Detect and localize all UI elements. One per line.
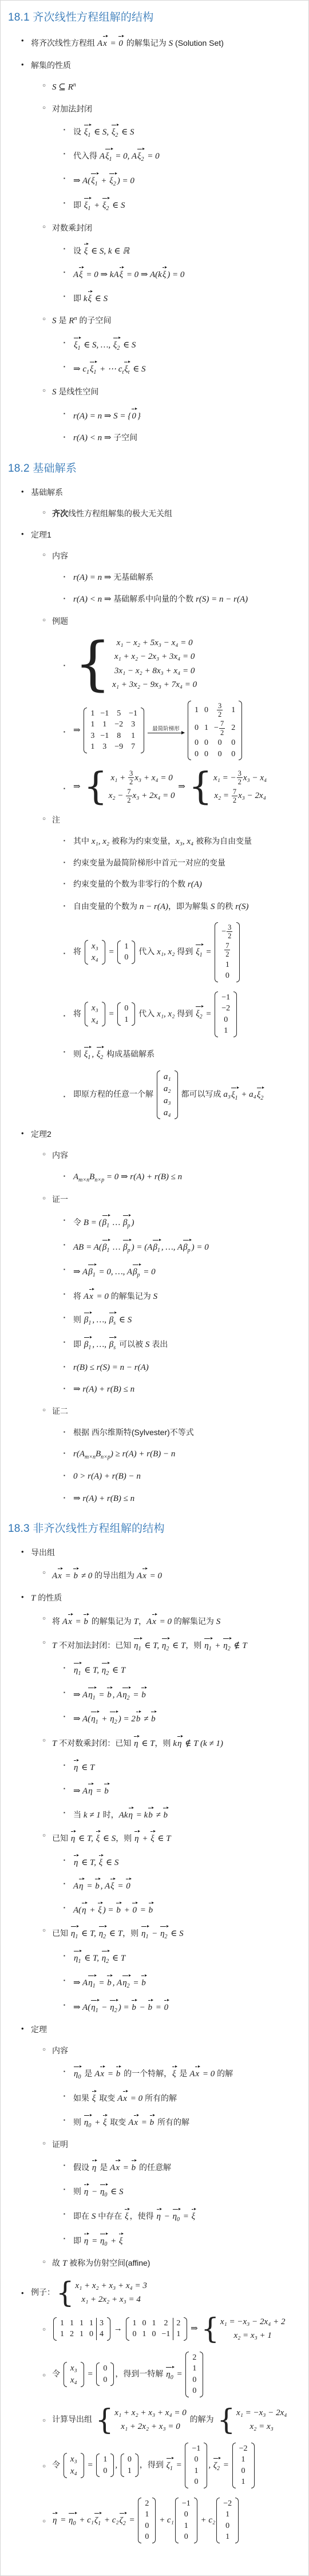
bullet-icon: ▪ (64, 860, 73, 865)
math-run: + (88, 1906, 98, 1915)
left-paren-icon (96, 2362, 100, 2386)
math-run: + c₁ (157, 2516, 174, 2525)
vector: ξ (78, 267, 84, 282)
item-content: 故 T 被称为仿射空间(affine) (52, 2257, 306, 2270)
vector: b (150, 1711, 157, 1726)
math-run: 0 > r(A) + r(B) − n (73, 1472, 141, 1481)
list-item: ○故 T 被称为仿射空间(affine) (42, 2257, 306, 2270)
text-run: 已知 (52, 1929, 70, 1938)
list-item: ▪则 β1, …, βs ∈ S (64, 1312, 306, 1327)
matrix: 10122010−11 (126, 2317, 188, 2341)
math-run: ∈ T (79, 1763, 94, 1772)
vector-subscript: 1 (106, 1223, 109, 1229)
fraction: 32 (237, 769, 243, 787)
math-run: n − r(A) (140, 902, 168, 911)
vector-subscript: 2 (114, 1719, 117, 1725)
matrix-cell: 0 (201, 701, 211, 720)
left-brace-icon: { (201, 2316, 219, 2341)
vector: η0 (73, 2066, 82, 2081)
matrix-cell: a₄ (161, 1107, 174, 1119)
matrix-row: 1 (220, 2509, 235, 2520)
item-content: 导出组 (31, 1547, 306, 1559)
denominator: 2 (128, 778, 134, 786)
vector-symbol: ξ (192, 2212, 195, 2221)
math-run: ) (131, 1218, 134, 1227)
vector: ξ (162, 267, 167, 282)
matrix-cell: 0 (236, 2466, 251, 2477)
math-run: S (52, 317, 57, 326)
vector-symbol: η (157, 2212, 161, 2221)
list-item: •基础解系 (21, 487, 306, 499)
text-run: 将 (52, 1617, 62, 1626)
item-content: 则 ξ1, ξ2 构成基础解系 (73, 1046, 306, 1062)
item-content: Am×nBn×p = 0 ⇒ r(A) + r(B) ≤ n (73, 1171, 306, 1184)
matrix-body: x₃x₄ (68, 2453, 80, 2478)
vector: b (94, 1878, 101, 1893)
text-run: 将 (73, 947, 84, 956)
vector-subscript: 1 (157, 1247, 160, 1254)
math-run: x₄ (70, 2467, 77, 2476)
math-run: ∈ S, …, (81, 341, 112, 350)
bullet-icon: ▪ (64, 1786, 73, 1791)
vector: η (133, 1736, 139, 1751)
vector-subscript: 0 (78, 2074, 81, 2080)
bullet-icon: • (21, 36, 31, 45)
bullet-icon: ▪ (64, 1451, 73, 1456)
text-run: 令 (52, 2369, 62, 2379)
text-run: 取变 (108, 2117, 128, 2127)
math-run: = (58, 2516, 68, 2525)
item-content: 定理 (31, 2024, 306, 2036)
bullet-icon: ○ (42, 2140, 52, 2147)
matrix-cell: −1 (179, 2498, 193, 2510)
list-item: •定理 (21, 2024, 306, 2036)
left-paren-icon (216, 2498, 220, 2543)
bullet-icon: • (21, 2289, 31, 2297)
math-run: = 0 (157, 1617, 172, 1626)
left-paren-icon (64, 2453, 67, 2478)
matrix-cell: −2 (236, 2443, 251, 2455)
item-content: S ⊆ Rn (52, 81, 306, 94)
bullet-icon: ▪ (64, 663, 73, 668)
math-run: ∉ T (k ≠ 1) (183, 1739, 223, 1748)
item-content: r(B) ≤ r(S) = n − r(A) (73, 1361, 306, 1374)
vector-symbol: b (141, 1978, 146, 1988)
matrix-cell: 1 (220, 2509, 235, 2520)
item-content: 基础解系 (31, 487, 306, 499)
bullet-icon: ○ (42, 2417, 52, 2424)
denominator: 2 (232, 796, 237, 804)
bullet-icon: ▪ (64, 176, 73, 181)
bullet-icon: ▪ (64, 1810, 73, 1815)
math-run: x₄ (92, 1016, 98, 1025)
list-item: ▪r(A) = n ⇒ 无基础解系 (64, 571, 306, 584)
list-item: ▪A(η + ξ) = b + 0 = b (64, 1902, 306, 1917)
math-run: , A (101, 1882, 110, 1891)
bullet-icon: ○ (42, 1737, 52, 1744)
text-run: 被称为仿射空间(affine) (67, 2258, 150, 2267)
text-run: 将齐次线性方程组 (31, 38, 97, 48)
item-content: ⇒ {x₁ + 32x₃ + x₄ = 0x₂ − 72x₃ + 2x₄ = 0… (73, 769, 306, 805)
item-content: 即 kξ ∈ S (73, 291, 306, 306)
matrix-cell: x₄ (68, 2466, 80, 2478)
matrix-cell: 0 (192, 737, 201, 749)
math-run: ∈ T (156, 1834, 171, 1843)
math-run: = 0 (128, 2094, 142, 2103)
matrix-cell: −2 (219, 1003, 233, 1014)
vector: η0 (172, 2208, 181, 2224)
matrix-row: 10122 (130, 2318, 184, 2329)
vector: η1 (73, 1950, 82, 1966)
vector: ξ2 (113, 337, 121, 353)
matrix-row: 0000 (192, 749, 238, 760)
list-item: ▪自由变量的个数为 n − r(A)，即为解集 S 的秩 r(S) (64, 900, 306, 914)
right-paren-icon (152, 2498, 156, 2543)
matrix-cell: 0 (86, 2329, 97, 2340)
vector-symbol: ξ (125, 2212, 128, 2221)
matrix-row: x₃ (68, 2362, 80, 2374)
list-item: ○令 x₃x₄ = 00，得到一特解 η0 = 2100 (42, 2352, 306, 2397)
vector-subscript: 2 (117, 345, 120, 351)
math-run: a₃ (164, 1096, 171, 1105)
vector-symbol: η (92, 2163, 96, 2172)
math-run: a₁ (164, 1072, 171, 1081)
matrix-row: 1 (219, 959, 236, 971)
vector-subscript: 1 (93, 1694, 96, 1701)
list-item: ○内容 (42, 550, 306, 562)
vector-symbol: 0 (118, 39, 123, 48)
item-content: {x₁ − x₂ + 5x₃ − x₄ = 0x₁ + x₂ − 2x₃ + 3… (73, 637, 306, 692)
vector: ξ2 (195, 1006, 203, 1021)
list-item: ▪η0 是 Ax = b 的一个特解，ξ 是 Ax = 0 的解 (64, 2066, 306, 2081)
list-item: ○例题 (42, 615, 306, 627)
section-heading: 18.2 基础解系 (8, 460, 306, 475)
vector-subscript: 1 (145, 1934, 148, 1940)
math-run: ∈ S (108, 2187, 123, 2196)
matrix-cell: 0 (189, 2374, 199, 2386)
vector-subscript: 1 (88, 132, 90, 138)
math-run: x₁ = −x₃ − 2x₄ + 2 (220, 2316, 286, 2329)
vector: ξt (124, 361, 130, 377)
math-run: + ⋯ c (97, 365, 122, 374)
math-run: ⇒ (188, 2324, 200, 2333)
matrix-cell: 7 (126, 741, 140, 753)
item-content: 内容 (52, 2045, 306, 2057)
vector: x (57, 1568, 63, 1583)
vector: ζ1 (94, 2512, 102, 2528)
bullet-icon: ▪ (64, 1953, 73, 1958)
text-run: 可以被 (117, 1340, 145, 1349)
vector-symbol: x (89, 1292, 93, 1301)
vector: b (148, 2000, 154, 2014)
matrix-cell: −32 (219, 923, 236, 941)
vector: b (148, 1807, 154, 1822)
matrix-row: 1 (236, 2476, 251, 2488)
left-paren-icon (117, 1002, 121, 1026)
text-run: 则 (73, 1315, 84, 1324)
matrix-cell: 0 (179, 2531, 193, 2543)
text-run: 代入得 (73, 151, 100, 160)
math-run: ⇒ A( (73, 176, 90, 185)
math-run: ) = 2 (118, 1714, 136, 1724)
math-run: = (85, 2370, 96, 2379)
math-run: = (105, 2069, 116, 2079)
vector-symbol: ξ (103, 2118, 106, 2127)
math-run: + (100, 1714, 110, 1724)
vector-symbol: η (134, 1739, 138, 1748)
math-run: ⇒ A( (73, 2003, 90, 2012)
vector: η2 (161, 1638, 170, 1653)
math-run: S ⊆ R (52, 82, 73, 92)
math-run: A (128, 2118, 133, 2127)
matrix-body: 10 (100, 2454, 110, 2476)
vector-symbol: β (133, 1267, 137, 1277)
text-run: 即原方程的任意一个解 (73, 1090, 156, 1099)
item-content: 则 η − η0 ∈ S (73, 2184, 306, 2199)
system-row: x₂ = x₃ (250, 2420, 274, 2433)
vector-subscript: 2 (106, 1670, 109, 1677)
vector-symbol: 0 (126, 1882, 130, 1891)
vector: η1 (70, 1926, 79, 1941)
item-content: 对数乘封闭 (52, 222, 306, 234)
text-run: 注 (52, 815, 60, 824)
list-item: ▪即 β1, …, βs 可以被 S 表出 (64, 1337, 306, 1352)
vector: η2 (160, 1926, 168, 1941)
item-content: T 不对数乘封闭：已知 η ∈ T，则 kη ∉ T (k ≠ 1) (52, 1736, 306, 1751)
text-run: ，使得 (130, 2211, 156, 2221)
bullet-icon: ▪ (64, 1881, 73, 1886)
math-run: = (85, 2461, 96, 2470)
item-content: Aξ = 0 ⇒ kAξ = 0 ⇒ A(kξ) = 0 (73, 267, 306, 282)
vector: ξ2 (256, 1087, 264, 1103)
bullet-icon: ▪ (64, 574, 73, 579)
item-content: 将 x₃x₄ = 01 代入 x₁, x₂ 得到 ξ2 = −1−201 (73, 991, 306, 1037)
vector: b (116, 2066, 122, 2081)
system-rows: x₁ + 32x₃ + x₄ = 0x₂ − 72x₃ + 2x₄ = 0 (109, 769, 175, 805)
item-content: r(A) < n ⇒ 基础解系中向量的个数 r(S) = n − r(A) (73, 593, 306, 606)
matrix-cell: −1 (97, 730, 112, 742)
math-run: = (204, 947, 214, 957)
list-item: ▪即在 S 中存在 ξ，使得 η − η0 = ξ (64, 2208, 306, 2224)
matrix-cell: 0 (189, 2385, 199, 2397)
matrix-cell: 3 (97, 2318, 107, 2329)
math-run: = (63, 1571, 73, 1581)
text-run: 的子空间 (77, 316, 111, 325)
math-run: S (153, 1292, 158, 1301)
math-run: ∈ T, (82, 1954, 101, 1963)
math-run: a₃ (223, 1091, 231, 1100)
vector-symbol: b (149, 1906, 153, 1915)
math-run: A (146, 1617, 152, 1626)
text-run: 证明 (52, 2140, 68, 2149)
bullet-icon: ▪ (64, 294, 73, 299)
item-content: r(A) = n ⇒ 无基础解系 (73, 571, 306, 584)
matrix: 1032101−72200000000 (188, 701, 242, 761)
vector-subscript: 1 (88, 206, 90, 212)
matrix-cell: 0 (100, 2363, 110, 2374)
item-content: r(Am×nBn×p) ≥ r(A) + r(B) − n (73, 1448, 306, 1461)
math-run: A (52, 1571, 57, 1581)
vector: ξ (97, 1902, 102, 1917)
bullet-icon: ▪ (64, 434, 73, 440)
matrix-cell: 1 (77, 2318, 86, 2329)
vector-subscript: p (127, 1223, 130, 1229)
vector-subscript: 1 (78, 1670, 81, 1677)
math-run: A (84, 1292, 89, 1301)
vector: η1 (141, 1926, 149, 1941)
math-run: A (117, 2094, 122, 2103)
text-run: 的解集记为 (109, 1291, 153, 1301)
matrix-cell: 2 (67, 2329, 77, 2340)
vector: ξ (124, 2208, 129, 2223)
vector-subscript: 1 (95, 181, 98, 187)
vector-symbol: η (129, 1811, 133, 1820)
vector: η (84, 2233, 89, 2248)
math-run: A (94, 2069, 100, 2079)
list-item: ▪r(A) = n ⇒ S = {0} (64, 408, 306, 423)
math-run: ∈ T (107, 1929, 122, 1938)
right-paren-icon (110, 2453, 114, 2477)
item-content: ⇒ Aη = b (73, 1783, 306, 1798)
vector-symbol: x (134, 2118, 138, 2127)
list-item: ▪AB = A(β1 … βp) = (Aβ1, …, Aβp) = 0 (64, 1239, 306, 1255)
math-run: x₁ + 2x₂ + x₃ = 4 (81, 2293, 140, 2306)
vector: ξ1 (84, 124, 92, 140)
text-run: 的解集记为 (89, 1617, 134, 1626)
bullet-icon: ▪ (64, 127, 73, 132)
fraction: 32 (217, 702, 223, 719)
text-run: 被称为自由变量 (193, 836, 252, 846)
vector-symbol: η (122, 1690, 126, 1700)
vector-symbol: η (88, 1690, 92, 1700)
math-run: = 0, …, A (97, 1267, 132, 1277)
math-run: } (137, 412, 141, 421)
matrix-row: −2 (219, 1003, 233, 1014)
vector: η (81, 1902, 87, 1917)
vector: η1 (88, 1687, 96, 1702)
matrix: −1010 (175, 2498, 197, 2543)
bullet-icon: ▪ (64, 1763, 73, 1768)
matrix-cell: 0 (228, 749, 238, 760)
item-content: η1 ∈ T, η2 ∈ T (73, 1662, 306, 1678)
bullet-icon: ▪ (64, 786, 73, 791)
text-run: ，即为解集 (168, 902, 211, 911)
matrix-cell: 0 (228, 737, 238, 749)
math-run: = (116, 1882, 126, 1891)
matrix-row: x₃ (89, 1002, 101, 1014)
item-content: ⇒ r(A) + r(B) ≤ n (73, 1492, 306, 1506)
item-content: 例题 (52, 615, 306, 627)
matrix-row: 010−11 (130, 2329, 184, 2340)
math-run: = (139, 2118, 149, 2127)
vector-symbol: η (134, 1834, 138, 1843)
vector-symbol: ξ (120, 270, 123, 279)
math-run: ∈ S (117, 1315, 132, 1325)
vector: x (195, 2066, 200, 2081)
math-run: = (138, 1906, 148, 1915)
item-content: 内容 (52, 550, 306, 562)
vector: ξ (110, 1878, 115, 1893)
matrix-cell: 1 (88, 719, 97, 730)
matrix-cell: −72 (211, 719, 228, 737)
item-content: 解集的性质 (31, 60, 306, 72)
vector: 0 (131, 408, 137, 423)
math-run: k (173, 1739, 177, 1748)
math-run: A( (73, 1906, 81, 1915)
math-run: ⇒ A (73, 1690, 88, 1700)
math-run: = (181, 2212, 191, 2221)
bullet-icon: • (21, 1129, 31, 1137)
list-item: ▪当 k ≠ 1 时，Akη = kb ≠ b (64, 1807, 306, 1822)
item-content: 将 x₃x₄ = 10 代入 x₁, x₂ 得到 ξ1 = −327210 (73, 922, 306, 982)
equation-system: {x₁ = −32x₃ − x₄x₂ = 72x₃ − 2x₄ (189, 769, 267, 805)
list-item: ▪将 x₃x₄ = 10 代入 x₁, x₂ 得到 ξ1 = −327210 (64, 922, 306, 982)
math-run: a₄ (164, 1108, 171, 1117)
bullet-icon: ○ (42, 388, 52, 394)
text-run: 约束变量的个数为非零行的个数 (73, 879, 188, 888)
bullet-icon: ▪ (64, 881, 73, 886)
math-run: ) = (A (132, 1243, 153, 1252)
math-run: x₁ + x₂ + x₃ + x₄ = 3 (75, 2279, 146, 2293)
math-run: A (73, 1882, 78, 1891)
vector: ξ2 (102, 197, 110, 213)
matrix-cell: −1 (97, 708, 112, 720)
bullet-icon: ▪ (64, 340, 73, 345)
matrix-body: −2101 (236, 2443, 251, 2488)
list-item: •定理1 (21, 529, 306, 541)
math-run: … (110, 1243, 122, 1252)
text-run: 则 (73, 2117, 84, 2127)
math-run: , …, (92, 1340, 108, 1349)
bullet-icon: ▪ (64, 246, 73, 251)
vector-symbol: η (91, 2003, 95, 2012)
math-run: A (73, 270, 78, 279)
vector-symbol: η (110, 2003, 114, 2012)
vector: b (106, 1975, 113, 1990)
text-run: 基础解系 (31, 488, 63, 497)
math-run: , (208, 2461, 213, 2470)
matrix-cell: x₃ (89, 1002, 101, 1014)
matrix-cell: 0 (189, 2454, 203, 2466)
left-paren-icon (185, 2443, 188, 2488)
vector-symbol: b (163, 1811, 168, 1820)
math-run: x₁ − x₂ + 5x₃ − x₄ = 0 (117, 637, 193, 650)
left-paren-icon (175, 2498, 179, 2543)
item-content: η = η0 + c₁ζ1 + c₂ζ2 = 2100 + c₁−1010 + … (52, 2498, 306, 2543)
vector: x (102, 35, 108, 50)
item-content: η ∈ T, ξ ∈ S (73, 1855, 306, 1870)
matrix-cell: 1 (77, 2329, 86, 2340)
math-run: = (108, 39, 118, 48)
vector: β1 (88, 1264, 96, 1279)
list-item: •解集的性质 (21, 60, 306, 72)
numerator: 7 (224, 942, 230, 950)
matrix-cell: 3 (88, 730, 97, 742)
denominator: 2 (217, 710, 223, 718)
item-content: 当 k ≠ 1 时，Akη = kb ≠ b (73, 1807, 306, 1822)
matrix-cell: 1 (100, 2454, 110, 2466)
item-content: 定理2 (31, 1128, 306, 1140)
vector: η2 (122, 1687, 130, 1702)
vector-subscript: 1 (78, 1958, 81, 1965)
matrix-cell: x₄ (68, 2374, 80, 2387)
math-run: + (122, 1906, 132, 1915)
left-paren-icon (232, 2443, 236, 2488)
matrix-row: 1 (236, 2454, 251, 2466)
section-heading: 18.1 齐次线性方程组解的结构 (8, 9, 306, 24)
math-run: x₃ + 2x₄ = 0 (133, 789, 175, 803)
vector-symbol: η (88, 1978, 92, 1988)
